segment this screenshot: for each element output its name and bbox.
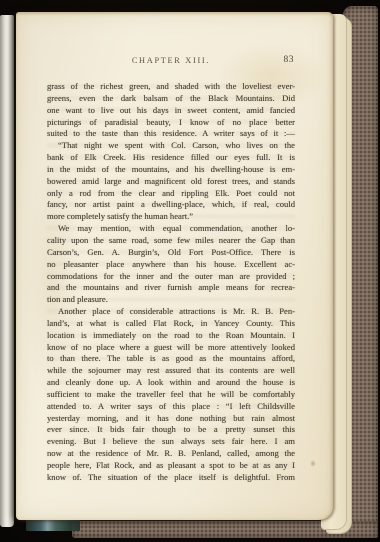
text-line: sufficient to make the traveller feel th… [47, 389, 295, 401]
text-line: Another place of considerable attraction… [47, 306, 295, 318]
text-line: land’s, at what is called Flat Rock, in … [47, 318, 295, 330]
text-line: greens, even the dark balsam of the Blac… [47, 93, 295, 105]
page-number: 83 [284, 55, 295, 65]
text-line: Carson’s, Gen. A. Burgin’s, Old Fort Pos… [47, 247, 295, 259]
text-line: now at the residence of Mr. R. B. Penlan… [47, 448, 295, 460]
text-line: know of no place where a guest will be m… [47, 342, 295, 354]
text-line: picturings of paradisial beauty, I know … [47, 117, 295, 129]
text-line: evening. But I believe the sun always se… [47, 436, 295, 448]
text-line: suited to the taste than this residence.… [47, 128, 295, 140]
text-line: people here, Flat Rock, and as pleasant … [47, 460, 295, 472]
chapter-title: CHAPTER XIII. [47, 56, 295, 65]
running-head: CHAPTER XIII. 83 [47, 56, 295, 69]
paragraph: grass of the richest green, and shaded w… [47, 81, 295, 140]
text-line: grass of the richest green, and shaded w… [47, 81, 295, 93]
paragraph: “That night we spent with Col. Carson, w… [47, 140, 295, 223]
text-line: and cleanly done up. A look within and a… [47, 377, 295, 389]
text-line: one want to live out his days in sweet c… [47, 105, 295, 117]
text-line: only a rod from the clear and rippling E… [47, 188, 295, 200]
text-line: commodations for the inner and the outer… [47, 271, 295, 283]
text-line: in the midst of the mountains, and his d… [47, 164, 295, 176]
text-line: to than there. The table is as good as t… [47, 353, 295, 365]
book-page: CHAPTER XIII. 83 grass of the richest gr… [16, 12, 333, 520]
text-line: “That night we spent with Col. Carson, w… [47, 140, 295, 152]
text-block: grass of the richest green, and shaded w… [47, 81, 295, 484]
text-line: bowered amid large and magnificent old f… [47, 176, 295, 188]
text-line: cality upon the same road, some few mile… [47, 235, 295, 247]
text-line: while the sojourner may rest assured tha… [47, 365, 295, 377]
text-line: know of. The situation of the place itse… [47, 472, 295, 484]
text-line: bank of Elk Creek. His residence filled … [47, 152, 295, 164]
facing-page-edge [0, 15, 14, 527]
scanned-book-photo: CHAPTER XIII. 83 grass of the richest gr… [0, 0, 380, 542]
text-line: We may mention, with equal commendation,… [47, 223, 295, 235]
text-line: no pleasanter place anywhere than his ho… [47, 259, 295, 271]
text-line: and the mountains and river furnish ampl… [47, 282, 295, 294]
text-line: tion and pleasure. [47, 294, 295, 306]
paragraph: We may mention, with equal commendation,… [47, 223, 295, 306]
text-line: more completely satisfy the human heart.… [47, 211, 295, 223]
text-line: yesterday morning, and it has done nothi… [47, 413, 295, 425]
text-line: location is immediately on the road to t… [47, 330, 295, 342]
text-line: fancy, nor artist paint a dwelling-place… [47, 199, 295, 211]
paragraph: Another place of considerable attraction… [47, 306, 295, 484]
text-line: attended to. A writer says of this place… [47, 401, 295, 413]
page-stain [310, 460, 316, 467]
text-line: ever since. It bids fair though to be a … [47, 424, 295, 436]
